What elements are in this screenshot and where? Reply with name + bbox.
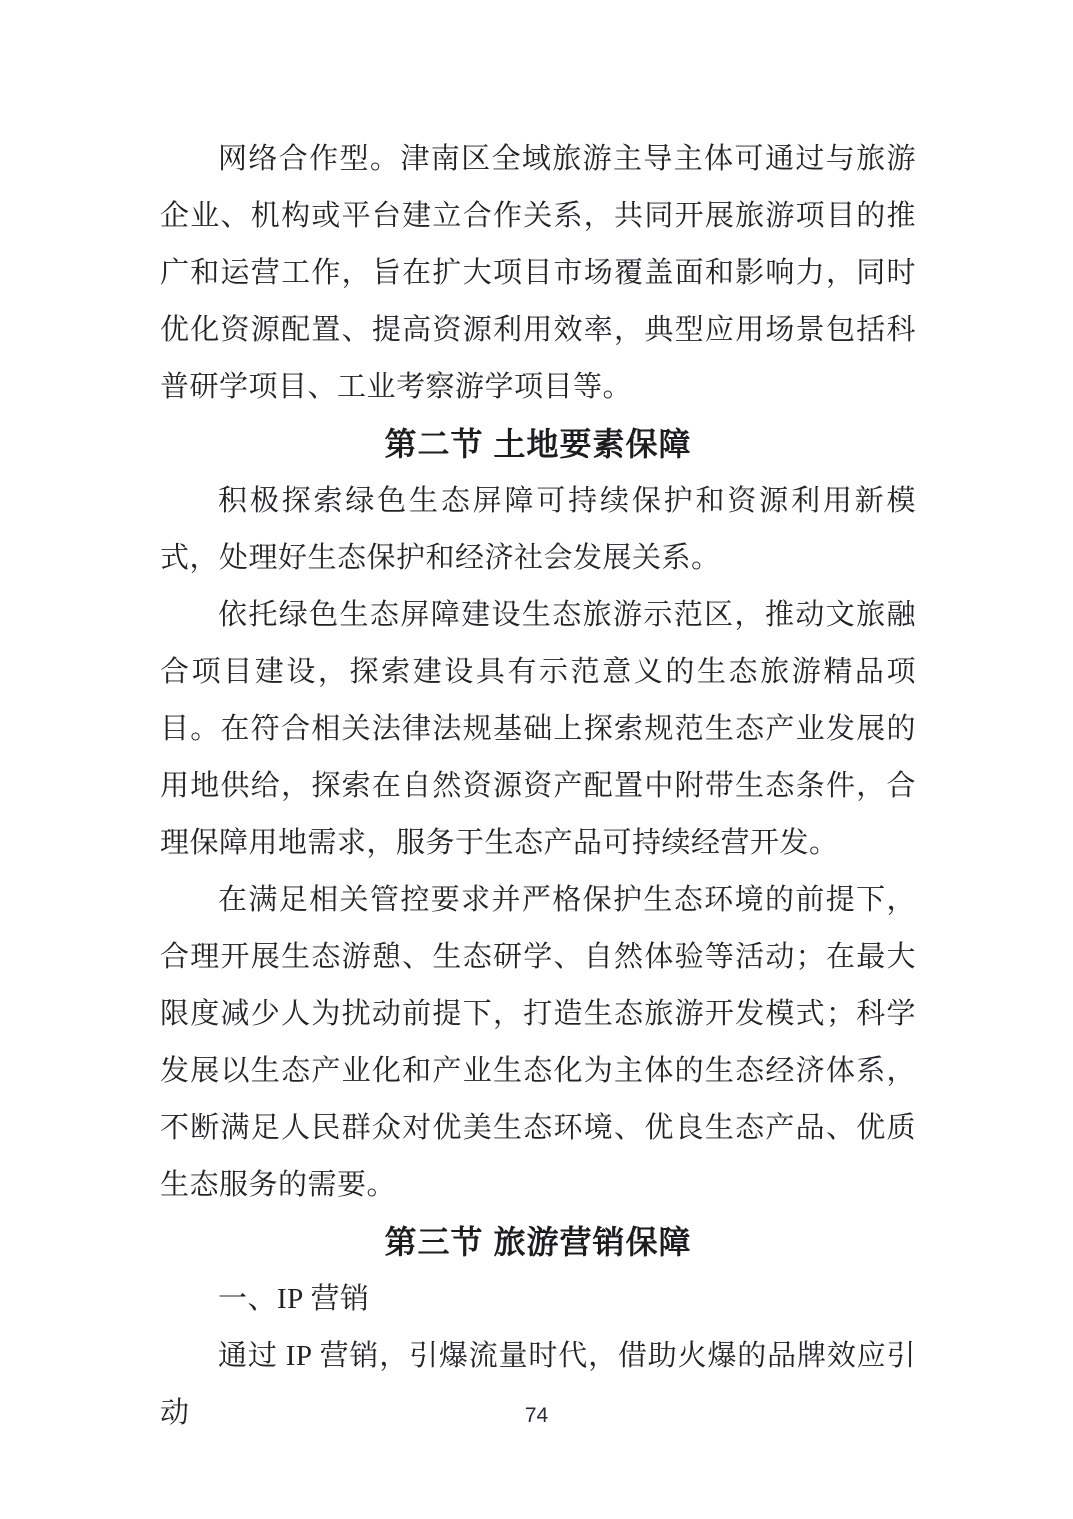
section-heading-tourism-marketing: 第三节 旅游营销保障 [160,1214,916,1271]
subsection-heading-ip-marketing: 一、IP 营销 [160,1271,916,1328]
section-heading-land-elements: 第二节 土地要素保障 [160,416,916,473]
page-footer: 74 [0,1402,1073,1430]
body-paragraph-eco-tourism-demo-zone: 依托绿色生态屏障建设生态旅游示范区，推动文旅融合项目建设，探索建设具有示范意义的… [160,587,916,872]
document-body: 网络合作型。津南区全域旅游主导主体可通过与旅游企业、机构或平台建立合作关系，共同… [160,131,916,1442]
body-paragraph-eco-protection-activities: 在满足相关管控要求并严格保护生态环境的前提下，合理开展生态游憩、生态研学、自然体… [160,872,916,1214]
body-paragraph-network-cooperation: 网络合作型。津南区全域旅游主导主体可通过与旅游企业、机构或平台建立合作关系，共同… [160,131,916,416]
body-paragraph-green-barrier-intro: 积极探索绿色生态屏障可持续保护和资源利用新模式，处理好生态保护和经济社会发展关系… [160,473,916,587]
page-number: 74 [525,1404,548,1427]
document-page: 网络合作型。津南区全域旅游主导主体可通过与旅游企业、机构或平台建立合作关系，共同… [0,0,1073,1519]
